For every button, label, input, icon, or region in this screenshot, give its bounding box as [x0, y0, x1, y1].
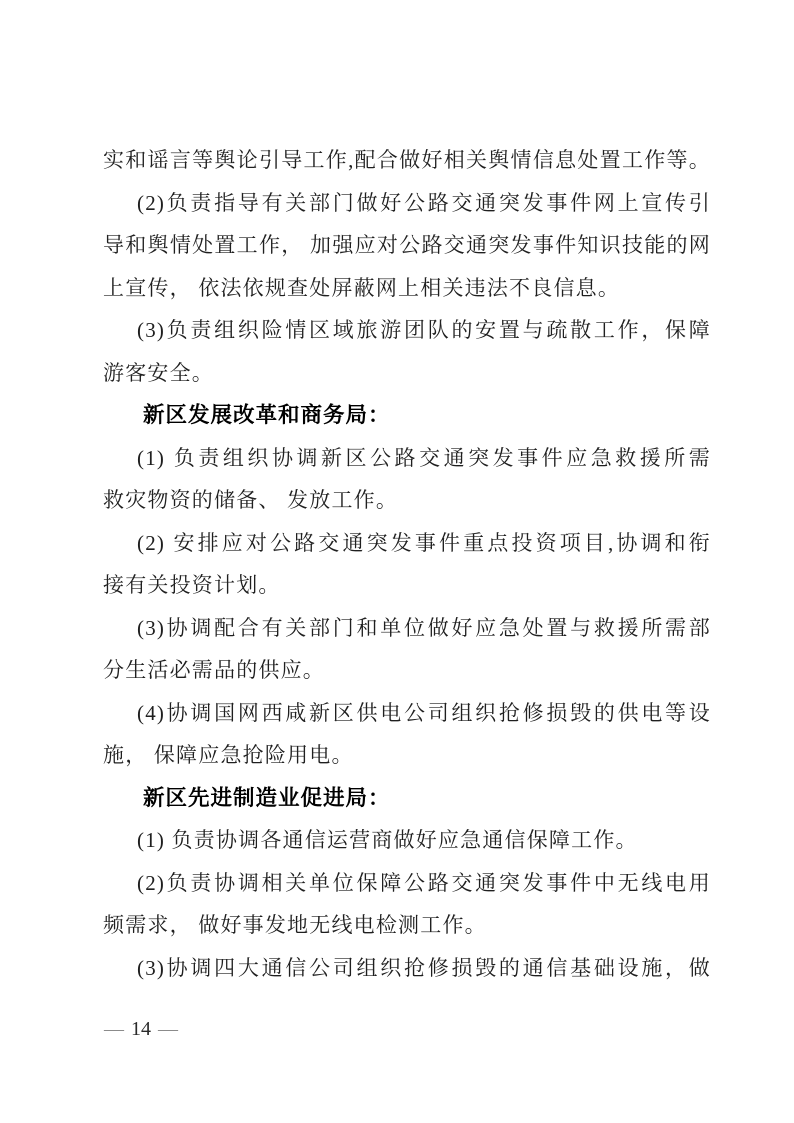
document-page: 实和谣言等舆论引导工作,配合做好相关舆情信息处置工作等。(2)负责指导有关部门做… — [0, 0, 794, 1123]
body-text-line: (2) 安排应对公路交通突发事件重点投资项目,协调和衔 — [103, 522, 711, 565]
body-text-line: 接有关投资计划。 — [103, 564, 711, 607]
body-text-line: (3)协调配合有关部门和单位做好应急处置与救援所需部 — [103, 607, 711, 650]
body-text-line: (2)负责指导有关部门做好公路交通突发事件网上宣传引 — [103, 182, 711, 225]
body-text-line: 救灾物资的储备、 发放工作。 — [103, 479, 711, 522]
page-footer: — 14 — — [104, 1016, 178, 1042]
body-text-line: (2)负责协调相关单位保障公路交通突发事件中无线电用 — [103, 862, 711, 905]
footer-dash-left: — — [104, 1016, 124, 1042]
body-text-line: (3)负责组织险情区域旅游团队的安置与疏散工作，保障 — [103, 309, 711, 352]
body-text-line: 导和舆情处置工作， 加强应对公路交通突发事件知识技能的网 — [103, 224, 711, 267]
section-heading: 新区发展改革和商务局： — [103, 394, 711, 437]
body-text-line: (4)协调国网西咸新区供电公司组织抢修损毁的供电等设 — [103, 692, 711, 735]
page-number: 14 — [131, 1016, 151, 1042]
body-text-line: 频需求， 做好事发地无线电检测工作。 — [103, 904, 711, 947]
body-text-line: 游客安全。 — [103, 352, 711, 395]
body-text-line: (1) 负责协调各通信运营商做好应急通信保障工作。 — [103, 819, 711, 862]
section-heading: 新区先进制造业促进局： — [103, 777, 711, 820]
body-text-line: 施， 保障应急抢险用电。 — [103, 734, 711, 777]
body-text-line: (1) 负责组织协调新区公路交通突发事件应急救援所需 — [103, 437, 711, 480]
document-body: 实和谣言等舆论引导工作,配合做好相关舆情信息处置工作等。(2)负责指导有关部门做… — [103, 139, 711, 989]
body-text-line: 分生活必需品的供应。 — [103, 649, 711, 692]
body-text-line: (3)协调四大通信公司组织抢修损毁的通信基础设施，做 — [103, 947, 711, 990]
body-text-line: 上宣传， 依法依规查处屏蔽网上相关违法不良信息。 — [103, 267, 711, 310]
footer-dash-right: — — [158, 1016, 178, 1042]
body-text-line: 实和谣言等舆论引导工作,配合做好相关舆情信息处置工作等。 — [103, 139, 711, 182]
